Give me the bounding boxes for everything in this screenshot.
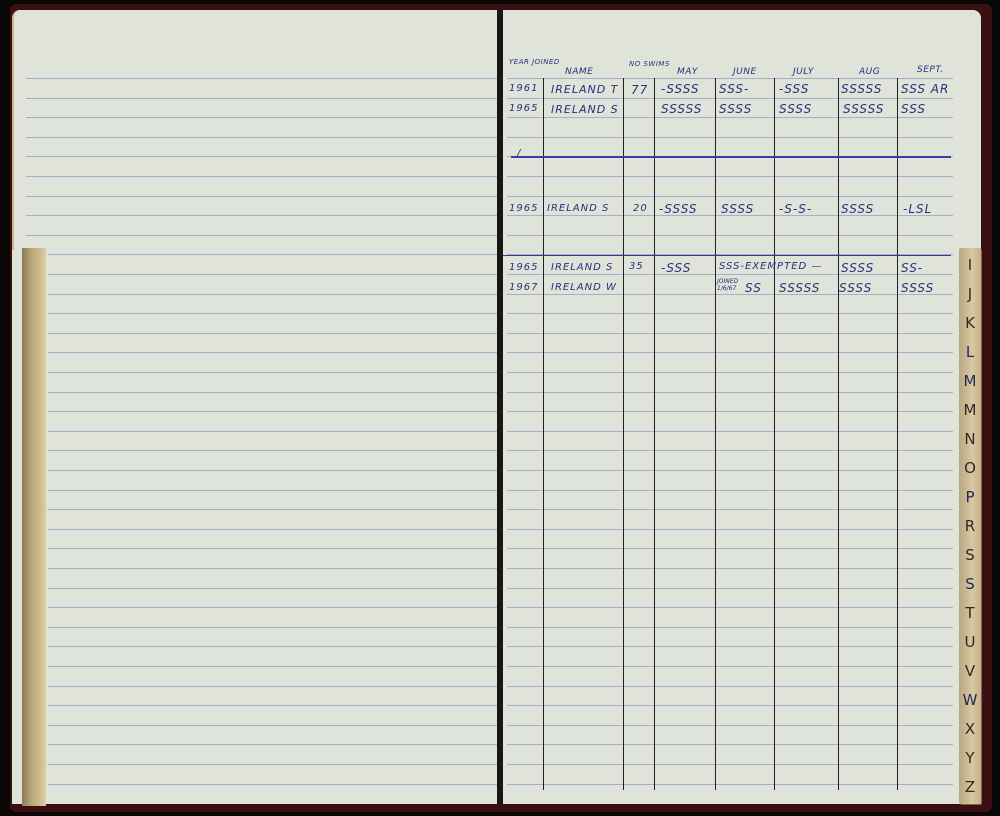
cell-sept: SSS AR	[901, 82, 949, 96]
column-rule	[543, 78, 544, 790]
cell-year: 1961	[509, 83, 538, 94]
cell-swims: 35	[629, 261, 644, 272]
cell-aug: SSSS	[841, 261, 874, 275]
row-separator	[503, 255, 951, 256]
cell-swims: 20	[633, 203, 648, 214]
ruled-line	[48, 431, 498, 432]
ruled-line	[48, 744, 498, 745]
ruled-line	[26, 215, 498, 216]
cell-sept: -LSL	[903, 202, 932, 216]
ruled-line	[48, 784, 498, 785]
cell-may: -SSSS	[661, 82, 700, 96]
cell-year: 1965	[509, 262, 538, 273]
ruled-line	[48, 313, 498, 314]
ruled-line	[48, 627, 498, 628]
ruled-line	[507, 490, 953, 491]
ruled-line	[48, 686, 498, 687]
ruled-line	[507, 117, 953, 118]
page-stack-edge	[22, 248, 46, 806]
cell-june-note: JOINED 1/6/67	[717, 278, 747, 292]
ruled-line	[26, 137, 498, 138]
cell-name: IRELAND S	[551, 262, 613, 273]
ruled-line	[48, 372, 498, 373]
ruled-line	[507, 235, 953, 236]
cell-may: -SSS	[661, 261, 691, 275]
ruled-line	[48, 666, 498, 667]
ruled-line	[507, 352, 953, 353]
ruled-line	[507, 725, 953, 726]
ruled-line	[48, 509, 498, 510]
ruled-line	[26, 235, 498, 236]
ruled-line	[507, 509, 953, 510]
ruled-line	[507, 137, 953, 138]
ruled-line	[48, 392, 498, 393]
ruled-line	[48, 254, 498, 255]
ruled-line	[26, 196, 498, 197]
ruled-line	[507, 686, 953, 687]
left-page	[12, 10, 498, 804]
ruled-line	[507, 784, 953, 785]
column-rule	[774, 78, 775, 790]
ruled-line	[48, 607, 498, 608]
ruled-line	[507, 548, 953, 549]
header-may: MAY	[677, 67, 698, 77]
header-sept: SEPT.	[917, 65, 944, 75]
cell-july: SSSSS	[779, 281, 820, 295]
cell-name: IRELAND W	[551, 282, 617, 293]
cell-aug: SSSSS	[843, 102, 884, 116]
ruled-line	[48, 568, 498, 569]
column-rule	[897, 78, 898, 790]
ruled-line	[507, 333, 953, 334]
column-rule	[654, 78, 655, 790]
cell-may: -SSSS	[659, 202, 698, 216]
ruled-line	[507, 78, 953, 79]
header-year-joined: YEAR JOINED	[509, 58, 539, 66]
header-name: NAME	[565, 67, 593, 77]
ruled-line	[48, 274, 498, 275]
ruled-line	[48, 411, 498, 412]
column-rule	[623, 78, 624, 790]
cell-aug: SSSS	[839, 281, 872, 295]
ruled-line	[48, 646, 498, 647]
ruled-line	[507, 764, 953, 765]
ruled-line	[507, 196, 953, 197]
alphabet-index-tabs: IJKLMMNOPRSSTUVWXYZ	[955, 248, 983, 808]
ruled-line	[48, 470, 498, 471]
cell-year: 1967	[509, 282, 538, 293]
column-rule	[715, 78, 716, 790]
cell-sept: SSSS	[901, 281, 934, 295]
right-page: YEAR JOINED NAME NO SWIMS MAY JUNE JULY …	[503, 10, 981, 804]
cell-aug: SSSS	[841, 202, 874, 216]
ruled-line	[507, 666, 953, 667]
ruled-line	[507, 568, 953, 569]
header-july: JULY	[793, 67, 814, 77]
ruled-line	[48, 294, 498, 295]
header-aug: AUG	[859, 67, 880, 77]
ruled-line	[48, 764, 498, 765]
ruled-line	[48, 588, 498, 589]
column-rule	[838, 78, 839, 790]
ruled-line	[507, 470, 953, 471]
ruled-line	[507, 313, 953, 314]
cell-june: SSS-	[719, 82, 749, 96]
cell-swims: 77	[631, 83, 648, 97]
divider-rule	[511, 156, 951, 158]
ruled-line	[48, 529, 498, 530]
ruled-line	[48, 333, 498, 334]
cell-name: IRELAND S	[547, 203, 609, 214]
ruled-line	[507, 588, 953, 589]
ruled-line	[507, 274, 953, 275]
ruled-line	[48, 548, 498, 549]
left-page-top	[12, 10, 500, 250]
cell-name: IRELAND S	[551, 103, 619, 116]
cell-july: -SSS	[779, 82, 809, 96]
ruled-line	[507, 294, 953, 295]
cell-july: SSSS	[779, 102, 812, 116]
ruled-line	[48, 490, 498, 491]
cell-june: SS	[745, 281, 762, 295]
cell-june: SSS-EXEMPTED —	[719, 261, 822, 272]
cell-may: SSSSS	[661, 102, 702, 116]
ruled-line	[507, 607, 953, 608]
ruled-line	[507, 627, 953, 628]
ruled-line	[48, 725, 498, 726]
ruled-line	[26, 78, 498, 79]
cell-june: SSSS	[721, 202, 754, 216]
cell-sept: SSS	[901, 102, 926, 116]
ruled-line	[507, 529, 953, 530]
ruled-line	[507, 411, 953, 412]
ruled-line	[507, 392, 953, 393]
cell-year: 1965	[509, 103, 538, 114]
ruled-line	[26, 176, 498, 177]
header-no-swims: NO SWIMS	[629, 60, 655, 68]
cell-name: IRELAND T	[551, 83, 618, 96]
ruled-line	[507, 98, 953, 99]
index-tab-label: Z	[959, 770, 981, 804]
cell-june: SSSS	[719, 102, 752, 116]
ruled-line	[48, 352, 498, 353]
ruled-line	[507, 372, 953, 373]
ruled-line	[507, 705, 953, 706]
ruled-line	[507, 450, 953, 451]
ruled-line	[26, 98, 498, 99]
cell-aug: SSSSS	[841, 82, 882, 96]
ruled-line	[507, 646, 953, 647]
ruled-line	[48, 705, 498, 706]
cell-sept: SS-	[901, 261, 923, 275]
index-tab-z[interactable]: Z	[959, 770, 981, 804]
cell-year: 1965	[509, 203, 538, 214]
ruled-line	[507, 431, 953, 432]
ruled-line	[48, 450, 498, 451]
header-june: JUNE	[733, 67, 757, 77]
cell-july: -S-S-	[779, 202, 812, 216]
ruled-line	[26, 117, 498, 118]
ruled-line	[507, 744, 953, 745]
ruled-line	[26, 156, 498, 157]
ruled-line	[507, 176, 953, 177]
